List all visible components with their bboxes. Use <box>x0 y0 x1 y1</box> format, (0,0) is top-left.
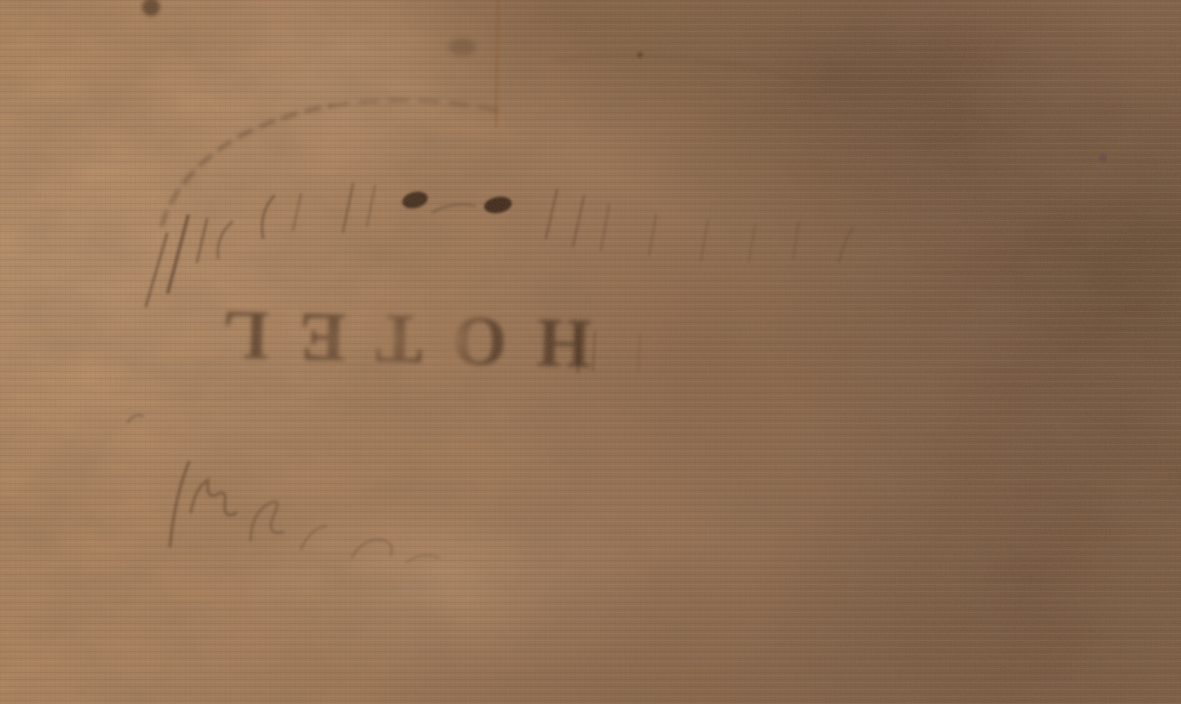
canvas-photo: HOTEL <box>0 0 1181 704</box>
photo-grain <box>0 0 1181 704</box>
